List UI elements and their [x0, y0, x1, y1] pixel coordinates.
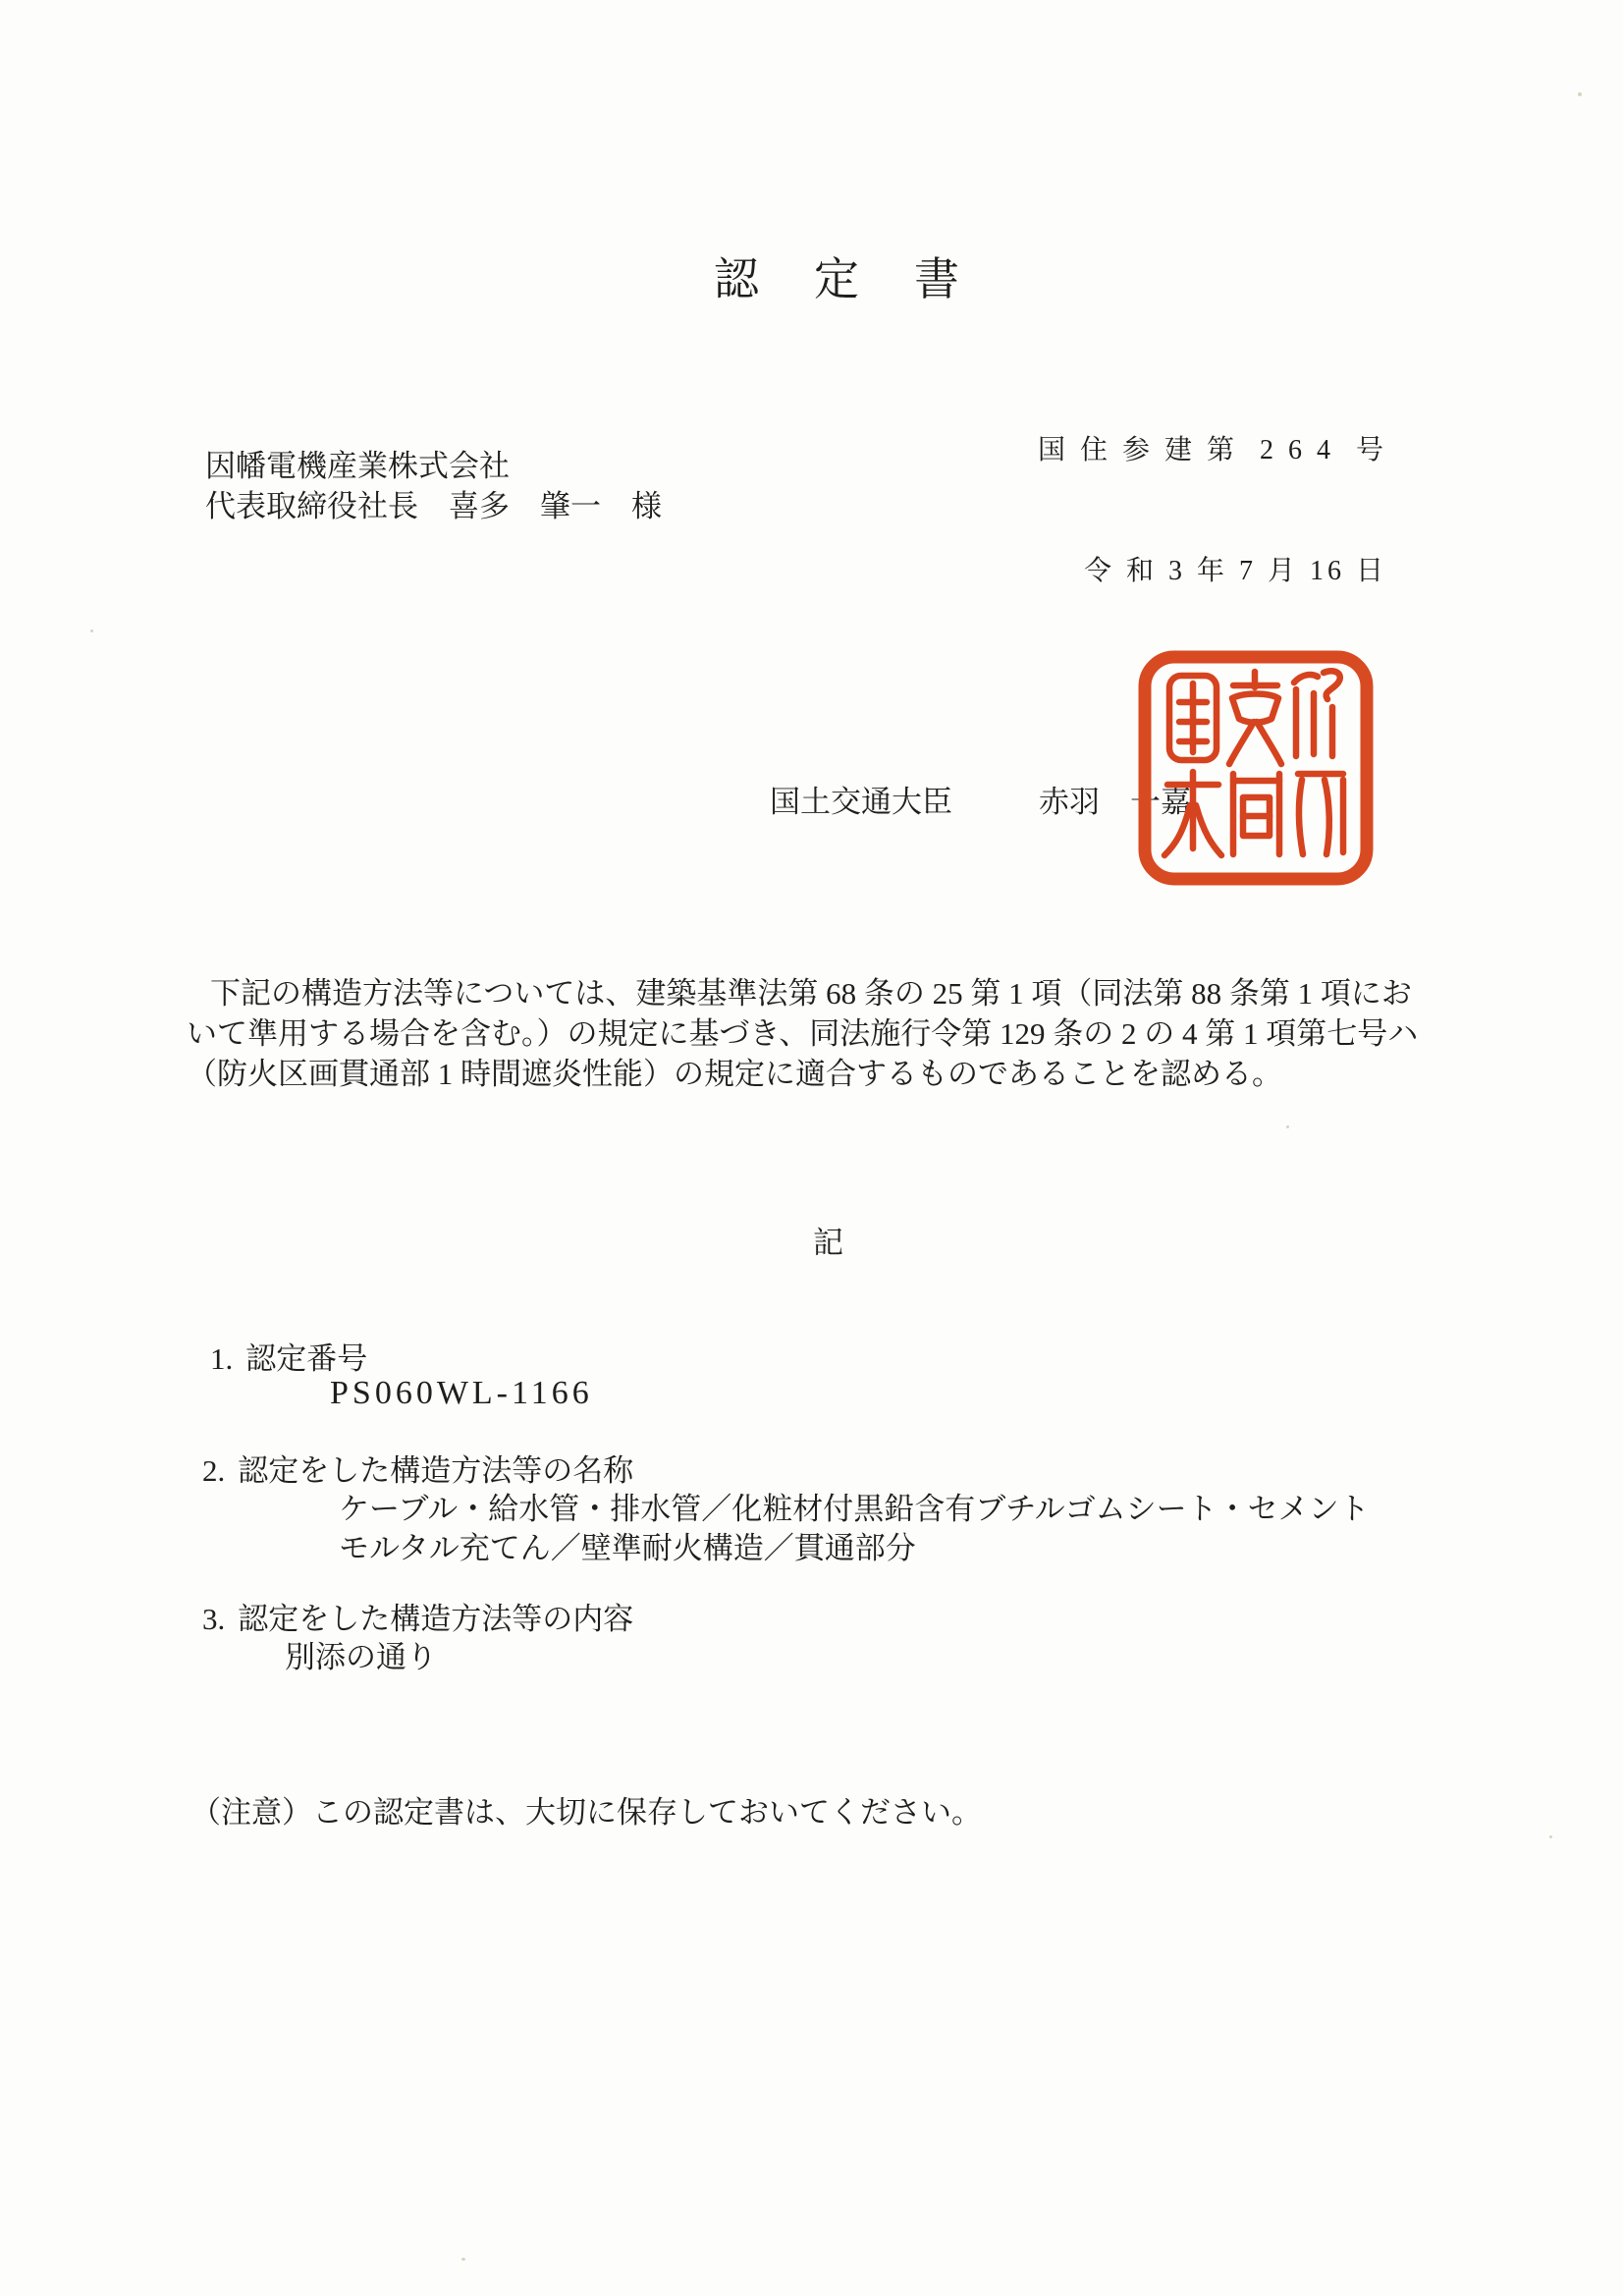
issuer-line: 国土交通大臣赤羽 一嘉: [770, 777, 1191, 821]
certificate-page: 認 定 書 国 住 参 建 第 2 6 4 号 令 和 3 年 7 月 16 日…: [0, 0, 1623, 2296]
recipient-company: 因幡電機産業株式会社: [205, 441, 510, 485]
page-title: 認 定 書: [714, 244, 964, 308]
doc-meta: 国 住 参 建 第 2 6 4 号 令 和 3 年 7 月 16 日: [1038, 350, 1387, 672]
scan-speck: [1286, 1125, 1289, 1128]
body-line: いて準用する場合を含む。）の規定に基づき、同法施行令第 129 条の 2 の 4…: [187, 1009, 1418, 1053]
scan-speck: [461, 2258, 465, 2261]
scan-speck: [90, 629, 93, 632]
item-value: ケーブル・給水管・排水管／化粧材付黒鉛含有ブチルゴムシート・セメント: [339, 1484, 1370, 1528]
minister-seal-icon: [1134, 646, 1378, 890]
notice-text: （注意）この認定書は、大切に保存しておいてください。: [190, 1787, 982, 1831]
item-label: 認定をした構造方法等の内容: [238, 1602, 633, 1636]
issue-date: 令 和 3 年 7 月 16 日: [1038, 551, 1387, 591]
minister-title: 国土交通大臣: [770, 785, 952, 819]
item-number: 1.: [210, 1341, 233, 1377]
doc-number: 国 住 参 建 第 2 6 4 号: [1038, 430, 1387, 470]
body-line: 下記の構造方法等については、建築基準法第 68 条の 25 第 1 項（同法第 …: [187, 968, 1412, 1012]
scan-speck: [1578, 92, 1582, 96]
item-label: 認定番号: [245, 1341, 367, 1376]
item-number: 2.: [202, 1453, 225, 1489]
item-number: 3.: [202, 1602, 225, 1637]
scan-speck: [1549, 1835, 1552, 1838]
item-value: 別添の通り: [285, 1632, 437, 1676]
body-line: （防火区画貫通部 1 時間遮炎性能）の規定に適合するものであることを認める。: [187, 1049, 1282, 1093]
item-label: 認定をした構造方法等の名称: [238, 1453, 633, 1488]
certification-number: PS060WL-1166: [330, 1375, 593, 1412]
recipient-name: 代表取締役社長 喜多 肇一 様: [205, 481, 662, 525]
item-1: 1.認定番号: [210, 1334, 367, 1378]
section-marker: 記: [813, 1218, 843, 1262]
item-value: モルタル充てん／壁準耐火構造／貫通部分: [339, 1523, 916, 1567]
